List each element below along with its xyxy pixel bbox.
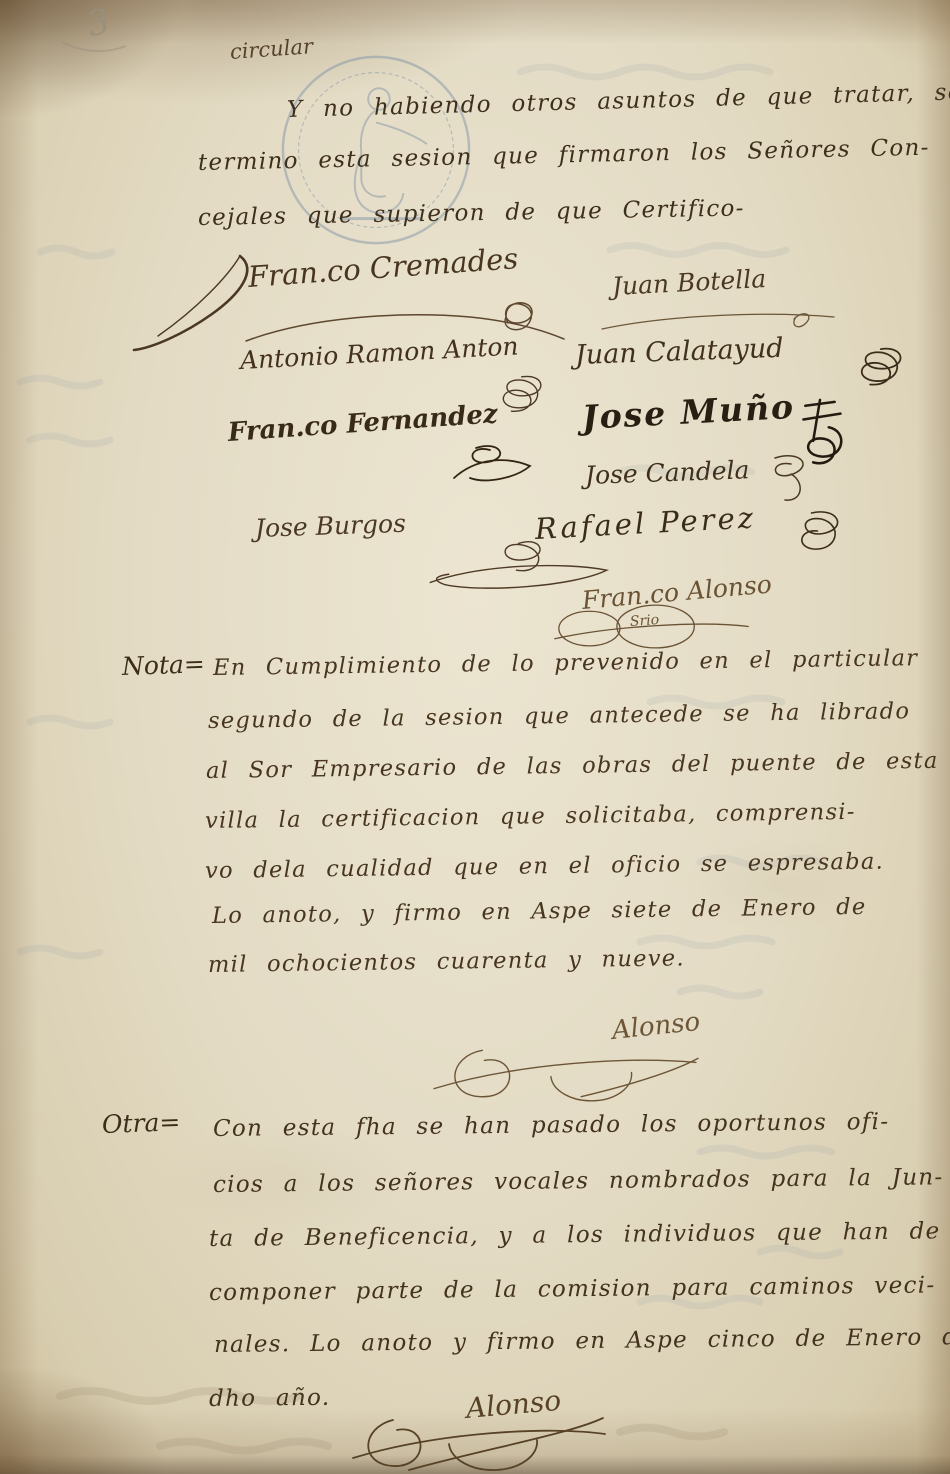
- otra-label: Otra=: [101, 1107, 180, 1139]
- rubric-flourish-icon: [755, 448, 825, 508]
- rubric-flourish-icon: [430, 1032, 702, 1108]
- rubric-flourish-icon: [445, 438, 537, 488]
- otra-line: dho año.: [209, 1385, 331, 1412]
- signature-burgos: Jose Burgos: [254, 509, 406, 543]
- signature-candela: Jose Candela: [584, 455, 749, 490]
- secretary-abbreviation: Srio: [629, 612, 659, 630]
- rubric-flourish-icon: [780, 505, 858, 565]
- rubric-flourish-icon: [840, 342, 918, 404]
- nota-label: Nota=: [121, 649, 205, 681]
- rubric-flourish-icon: [348, 1404, 610, 1474]
- manuscript-page: 3 circular Y no habiendo otros asuntos d…: [0, 0, 950, 1474]
- rubric-flourish-icon: [598, 305, 838, 337]
